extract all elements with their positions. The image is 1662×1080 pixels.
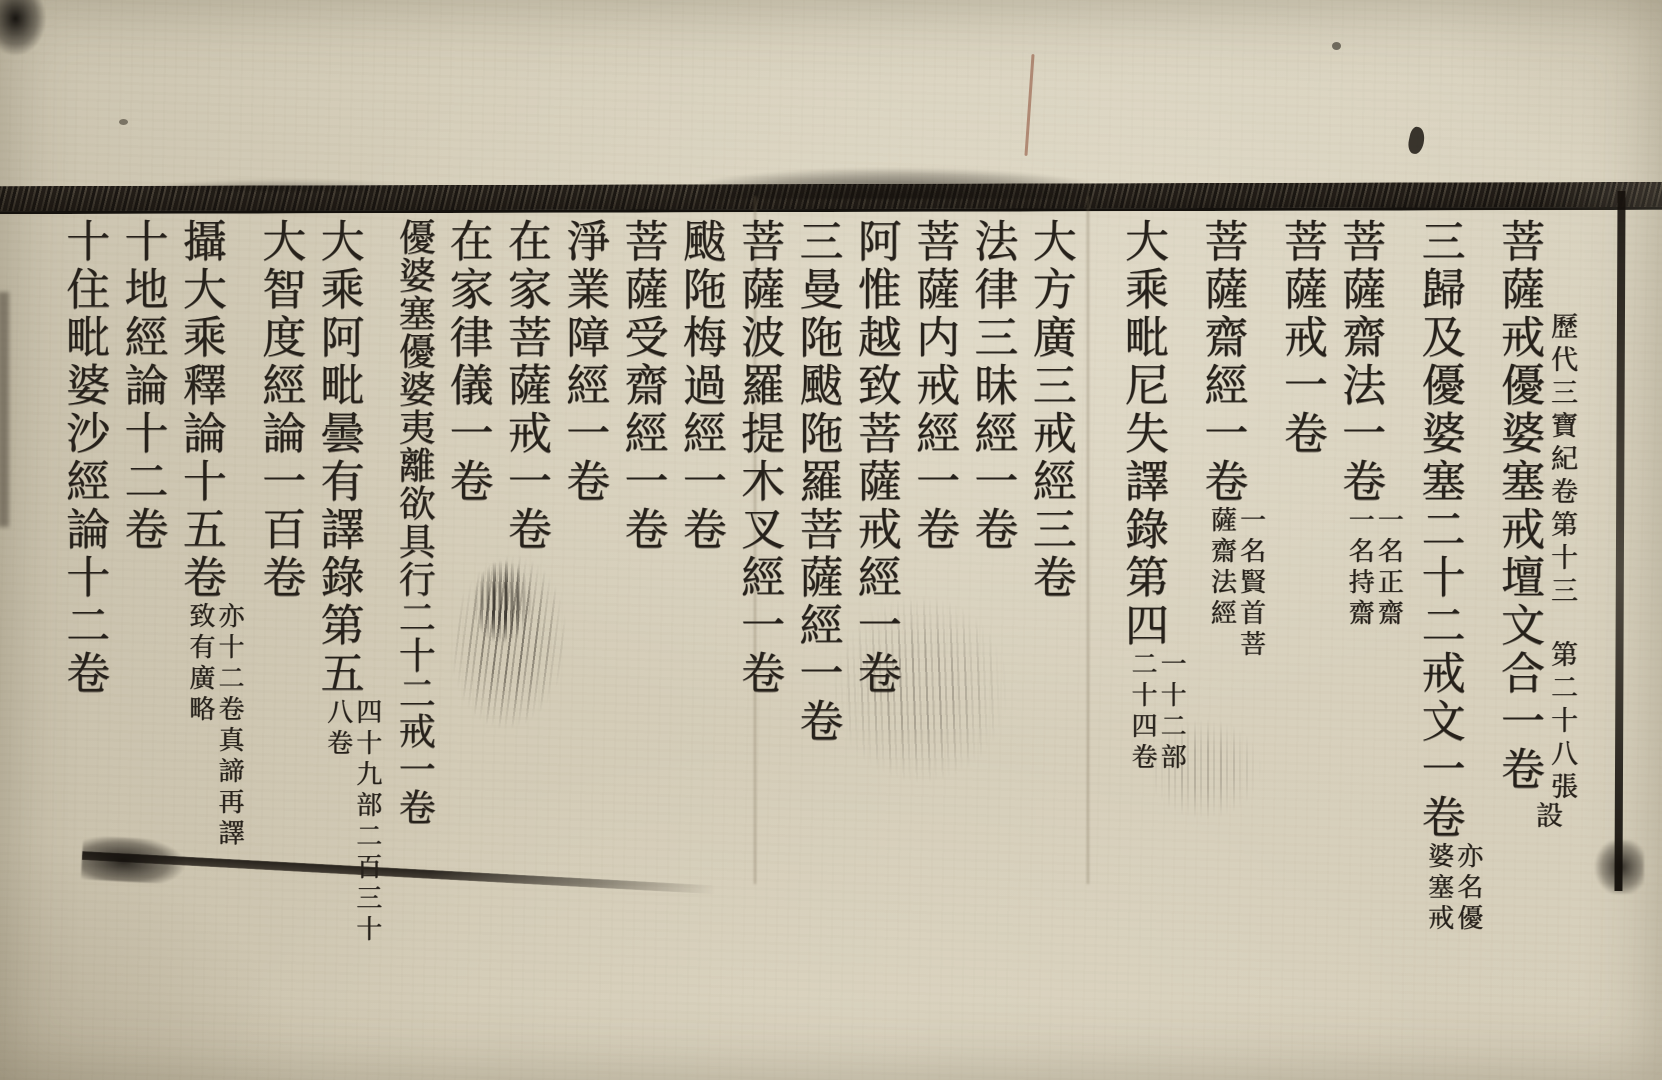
catalog-entry: 阿惟越致菩薩戒經一卷 — [848, 218, 903, 698]
catalog-columns: 菩薩戒優婆塞戒壇文合一卷三歸及優婆塞二十二戒文一卷亦名優婆塞戒菩薩齋法一卷一名正… — [56, 218, 1546, 1078]
entry-title: 菩薩齋經一卷 — [1196, 218, 1247, 506]
scanned-catalog-page: 歷代三寶紀卷第十三 第二十八張 設 菩薩戒優婆塞戒壇文合一卷三歸及優婆塞二十二戒… — [0, 0, 1662, 1080]
top-frame-ink-blot — [150, 175, 470, 191]
entry-annotation: 亦名優婆塞戒 — [1423, 842, 1481, 940]
entry-title: 颰陁梅過經一卷 — [675, 218, 726, 554]
catalog-entry: 優婆塞優婆夷離欲具行二十二戒一卷 — [390, 218, 436, 826]
red-paper-fiber — [1024, 54, 1034, 156]
entry-annotation: 亦十二卷真諦再譯致有廣略 — [185, 602, 243, 854]
entry-title: 菩薩内戒經一卷 — [908, 218, 959, 554]
volume-header: 歷代三寶紀卷第十三 第二十八張 設 — [1546, 312, 1577, 872]
catalog-entry: 菩薩戒優婆塞戒壇文合一卷 — [1491, 218, 1546, 794]
entry-title: 在家律儀一卷 — [442, 218, 493, 506]
entry-annotation: 四十九部二百三十八卷 — [322, 698, 380, 950]
entry-title: 十地經論十二卷 — [117, 218, 168, 554]
catalog-entry: 菩薩齋經一卷一名賢首菩薩齋法經 — [1194, 218, 1270, 664]
entry-title: 大乘毗尼失譯錄第四 — [1117, 218, 1168, 650]
entry-title: 攝大乘釋論十五卷 — [175, 218, 226, 602]
sheet-number: 第二十八張 — [1546, 640, 1577, 805]
catalog-entry: 颰陁梅過經一卷 — [673, 218, 728, 554]
catalog-entry: 在家律儀一卷 — [440, 218, 495, 506]
catalog-entry: 菩薩波羅提木叉經一卷 — [731, 218, 786, 698]
catalog-entry: 十住毗婆沙經論十二卷 — [56, 218, 111, 698]
entry-title: 菩薩戒優婆塞戒壇文合一卷 — [1493, 218, 1544, 794]
catalog-entry: 大乘阿毗曇有譯錄第五四十九部二百三十八卷 — [311, 218, 387, 950]
right-frame-line — [1614, 191, 1625, 891]
entry-title: 大乘阿毗曇有譯錄第五 — [313, 218, 364, 698]
entry-title: 菩薩齋法一卷 — [1334, 218, 1385, 506]
catalog-entry: 菩薩受齋經一卷 — [615, 218, 670, 554]
volume-title: 歷代三寶紀卷第十三 — [1546, 312, 1577, 609]
catalog-entry: 三曼陁颰陁羅菩薩經一卷 — [789, 218, 844, 746]
ink-speck — [119, 119, 128, 125]
catalog-entry: 大乘毗尼失譯錄第四一十二部二十四卷 — [1115, 218, 1191, 776]
entry-title: 法律三昧經一卷 — [966, 218, 1017, 554]
catalog-entry: 淨業障經一卷 — [556, 218, 611, 506]
entry-title: 菩薩波羅提木叉經一卷 — [733, 218, 784, 698]
entry-annotation: 一十二部二十四卷 — [1127, 650, 1185, 776]
catalog-entry: 法律三昧經一卷 — [964, 218, 1019, 554]
catalog-entry: 菩薩齋法一卷一名正齋一名持齋 — [1332, 218, 1408, 632]
catalog-entry: 菩薩内戒經一卷 — [906, 218, 961, 554]
entry-title: 優婆塞優婆夷離欲具行二十二戒一卷 — [392, 218, 435, 826]
ink-speck — [1406, 126, 1426, 156]
entry-title: 大智度經論一百卷 — [254, 218, 305, 602]
catalog-entry: 在家菩薩戒一卷 — [498, 218, 553, 554]
catalog-entry: 大智度經論一百卷 — [252, 218, 307, 602]
catalog-entry: 菩薩戒一卷 — [1274, 218, 1329, 458]
entry-title: 大方廣三戒經三卷 — [1025, 218, 1076, 602]
entry-title: 菩薩戒一卷 — [1276, 218, 1327, 458]
right-frame-ink-blot — [1594, 840, 1644, 894]
catalog-entry: 攝大乘釋論十五卷亦十二卷真諦再譯致有廣略 — [173, 218, 249, 854]
entry-annotation: 一名正齋一名持齋 — [1344, 506, 1402, 632]
entry-title: 十住毗婆沙經論十二卷 — [58, 218, 109, 698]
catalog-entry: 三歸及優婆塞二十二戒文一卷亦名優婆塞戒 — [1412, 218, 1488, 940]
entry-title: 菩薩受齋經一卷 — [617, 218, 668, 554]
catalog-entry: 十地經論十二卷 — [115, 218, 170, 554]
entry-title: 三曼陁颰陁羅菩薩經一卷 — [791, 218, 842, 746]
catalog-entry: 大方廣三戒經三卷 — [1023, 218, 1078, 602]
entry-title: 淨業障經一卷 — [558, 218, 609, 506]
top-frame-ink-blot — [700, 167, 1090, 199]
corner-ink-mark — [0, 0, 48, 58]
entry-title: 三歸及優婆塞二十二戒文一卷 — [1414, 218, 1465, 842]
edge-shadow — [0, 292, 9, 527]
entry-title: 阿惟越致菩薩戒經一卷 — [850, 218, 901, 698]
entry-annotation: 一名賢首菩薩齋法經 — [1206, 506, 1264, 664]
ink-speck — [1332, 42, 1341, 50]
entry-title: 在家菩薩戒一卷 — [500, 218, 551, 554]
